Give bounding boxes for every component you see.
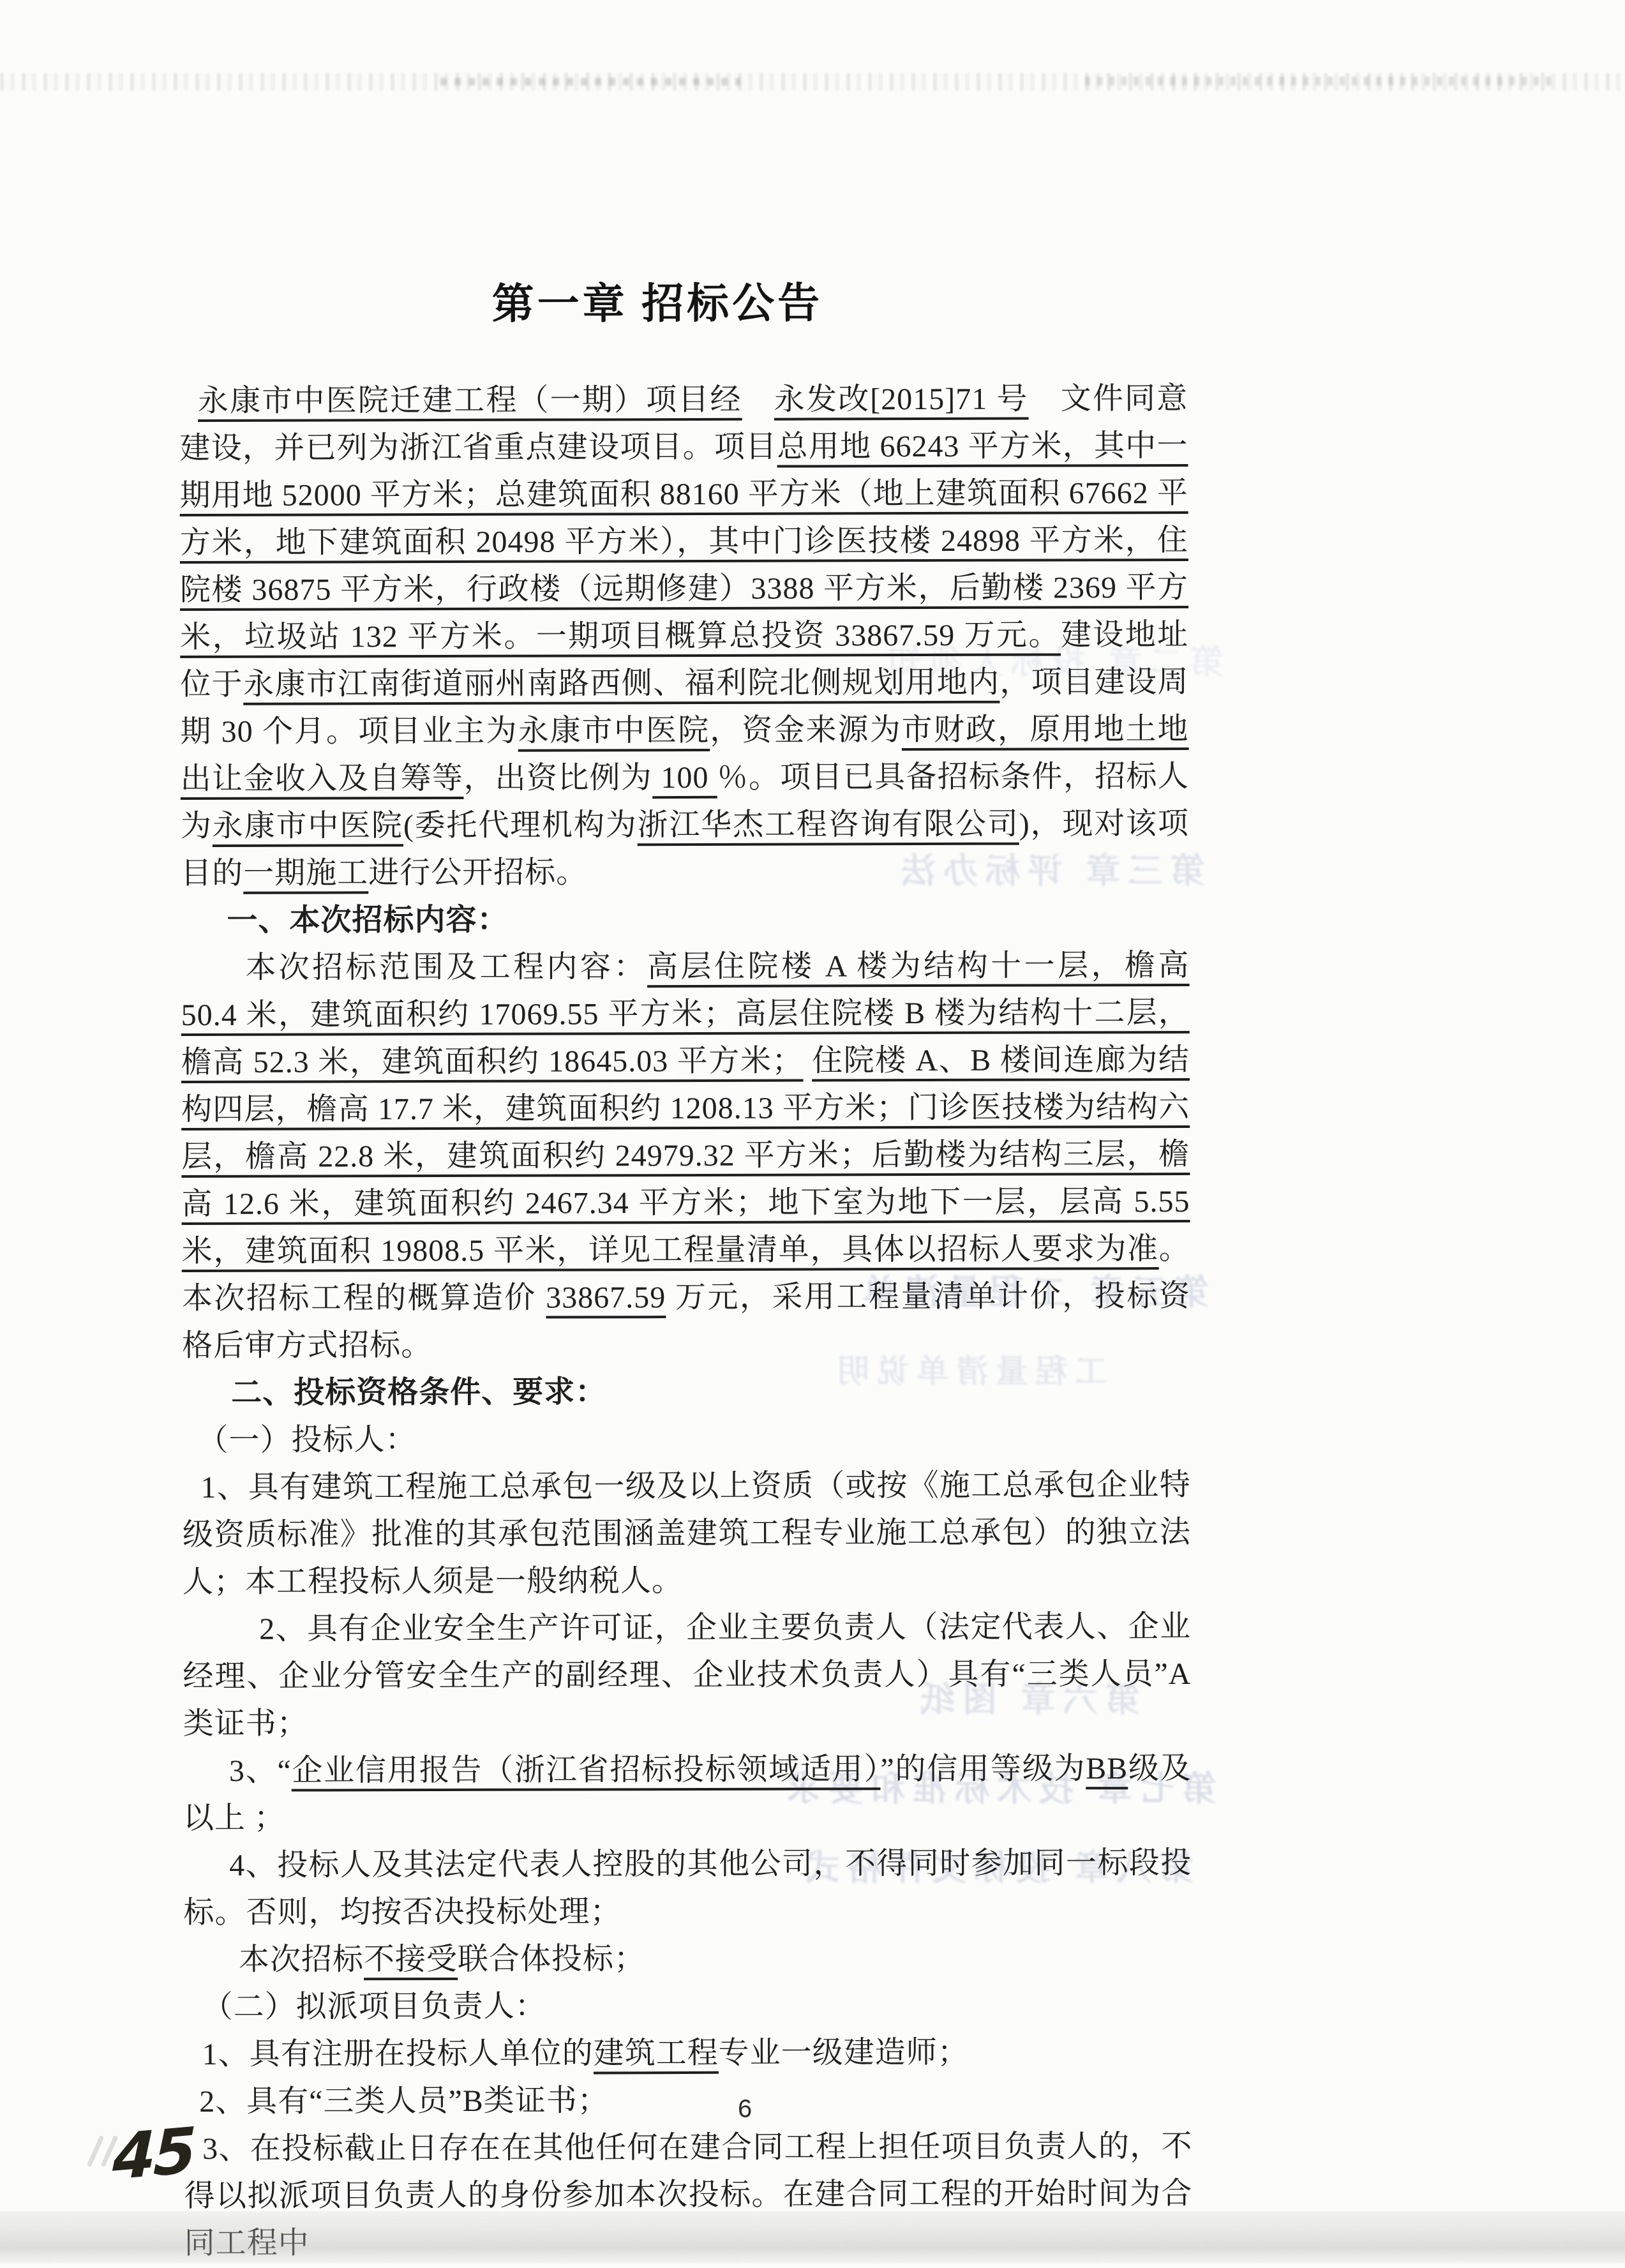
text-run: 3、“ bbox=[229, 1754, 292, 1788]
text-run: ，资金来源为 bbox=[710, 713, 902, 747]
paragraph: 本次招标范围及工程内容：高层住院楼 A 楼为结构十一层，檐高 50.4 米，建筑… bbox=[181, 942, 1190, 1370]
text-run bbox=[742, 383, 774, 417]
document-body: 永康市中医院迁建工程（一期）项目经 永发改[2015]71 号 文件同意建设，并… bbox=[179, 375, 1193, 2267]
scan-artifact-dashes bbox=[1085, 77, 1551, 86]
text-run: 4、投标人及其法定代表人控股的其他公司，不得同时参加同一标段投标。否则，均按否决… bbox=[183, 1846, 1192, 1930]
paragraph: 本次招标不接受联合体投标； bbox=[184, 1934, 1192, 1984]
underlined-text: BB bbox=[1086, 1752, 1128, 1785]
underlined-text: 永康市中医院 bbox=[213, 809, 403, 843]
underlined-text: 100 bbox=[652, 761, 717, 795]
text-run: （二）拟派项目负责人： bbox=[202, 1990, 546, 2024]
underlined-text: 永发改[2015]71 号 bbox=[774, 382, 1029, 417]
paragraph: 永康市中医院迁建工程（一期）项目经 永发改[2015]71 号 文件同意建设，并… bbox=[179, 375, 1189, 897]
scan-artifact-dashes bbox=[440, 78, 740, 86]
text-run: 一、本次招标内容： bbox=[227, 903, 508, 938]
text-run: (委托代理机构为 bbox=[403, 808, 638, 843]
underlined-text: 33867.59 bbox=[546, 1280, 666, 1314]
underlined-text: 建筑工程 bbox=[594, 2036, 719, 2071]
handwritten-page-number: 45 bbox=[112, 2114, 195, 2195]
text-run: 进行公开招标。 bbox=[368, 855, 587, 890]
text-run: 2、具有企业安全生产许可证，企业主要负责人（法定代表人、企业经理、企业分管安全生… bbox=[183, 1610, 1191, 1741]
underlined-text: 永康市中医院 bbox=[518, 714, 710, 748]
text-run: 二、投标资格条件、要求： bbox=[231, 1375, 606, 1410]
paragraph: （一）投标人： bbox=[182, 1415, 1190, 1464]
paragraph: 3、“企业信用报告（浙江省招标投标领域适用）”的信用等级为BB级及以上 ； bbox=[183, 1745, 1192, 1842]
text-run: 联合体投标； bbox=[458, 1942, 645, 1976]
underlined-text: 浙江华杰工程咨询有限公司 bbox=[638, 807, 1019, 843]
underlined-text: 企业信用报告（浙江省招标投标领域适用） bbox=[292, 1752, 881, 1787]
text-run: 本次招标范围及工程内容： bbox=[245, 950, 647, 985]
page-number: 6 bbox=[738, 2095, 752, 2124]
underlined-text: 不接受 bbox=[364, 1942, 458, 1976]
text-run: 1、具有建筑工程施工总承包一级及以上资质（或按《施工总承包企业特级资质标准》批准… bbox=[183, 1468, 1191, 1599]
text-run: 2、具有“三类人员”B类证书； bbox=[199, 2084, 609, 2119]
text-run bbox=[803, 1044, 812, 1078]
section-heading: 一、本次招标内容： bbox=[181, 895, 1189, 945]
paragraph: 4、投标人及其法定代表人控股的其他公司，不得同时参加同一标段投标。否则，均按否决… bbox=[183, 1840, 1192, 1937]
underlined-text: 永康市中医院迁建工程（一期）项目经 bbox=[198, 383, 742, 418]
scan-artifact-bottom bbox=[0, 2211, 1625, 2264]
underlined-text: 一期施工 bbox=[243, 856, 368, 890]
paragraph: 2、具有“三类人员”B类证书； bbox=[184, 2076, 1192, 2126]
paragraph: 2、具有企业安全生产许可证，企业主要负责人（法定代表人、企业经理、企业分管安全生… bbox=[183, 1603, 1192, 1748]
text-run: 1、具有注册在投标人单位的 bbox=[202, 2036, 594, 2071]
paragraph: （二）拟派项目负责人： bbox=[184, 1981, 1192, 2031]
text-run: 专业一级建造师； bbox=[719, 2036, 969, 2070]
scan-artifact-top bbox=[0, 73, 1625, 91]
text-run: （一）投标人： bbox=[197, 1423, 416, 1457]
document-page: 第二章 投标人须知第三章 评标办法第五章 工程量清单工程量清单说明第六章 图纸第… bbox=[0, 0, 1625, 2268]
text-run: ”的信用等级为 bbox=[880, 1752, 1086, 1786]
underlined-text: 永康市江南街道丽州南路西侧、福利院北侧规划用地内 bbox=[243, 666, 1000, 702]
paragraph: 1、具有建筑工程施工总承包一级及以上资质（或按《施工总承包企业特级资质标准》批准… bbox=[183, 1462, 1192, 1606]
text-run: 本次招标 bbox=[239, 1942, 364, 1977]
chapter-title: 第一章 招标公告 bbox=[182, 268, 1178, 331]
section-heading: 二、投标资格条件、要求： bbox=[182, 1367, 1190, 1417]
paragraph: 1、具有注册在投标人单位的建筑工程专业一级建造师； bbox=[184, 2029, 1192, 2078]
text-run: ，出资比例为 bbox=[463, 761, 652, 795]
